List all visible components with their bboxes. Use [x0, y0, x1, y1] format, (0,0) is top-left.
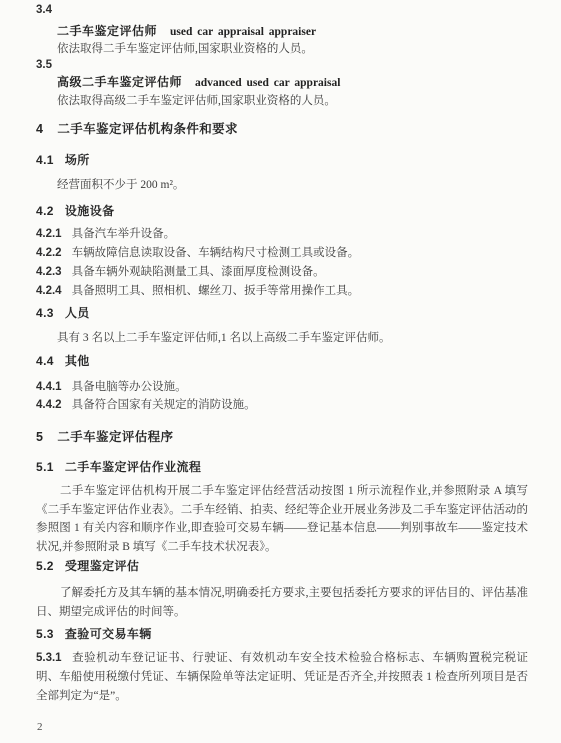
list-item-4-2-3: 4.2.3具备车辆外观缺陷测量工具、漆面厚度检测设备。: [36, 265, 528, 280]
chapter-number: 4: [36, 122, 43, 136]
section-number: 5.3: [36, 627, 54, 641]
section-4-3-heading: 4.3人员: [36, 306, 528, 321]
chapter-number: 5: [36, 430, 43, 444]
item-number: 4.4.2: [36, 399, 62, 411]
chapter-4-heading: 4二手车鉴定评估机构条件和要求: [36, 122, 528, 137]
section-5-2-heading: 5.2受理鉴定评估: [36, 559, 528, 574]
item-text: 具备汽车举升设备。: [72, 228, 176, 240]
section-4-1-body: 经营面积不少于 200 m²。: [36, 178, 528, 193]
document-page: 3.4 二手车鉴定评估师used car appraisal appraiser…: [0, 0, 561, 743]
chapter-5-heading: 5二手车鉴定评估程序: [36, 430, 528, 445]
list-item-4-4-2: 4.4.2具备符合国家有关规定的消防设施。: [36, 398, 528, 413]
item-number: 4.2.2: [36, 247, 62, 259]
section-title: 二手车鉴定评估作业流程: [65, 460, 201, 474]
list-item-4-2-1: 4.2.1具备汽车举升设备。: [36, 227, 528, 242]
term-definition-3-5: 依法取得高级二手车鉴定评估师,国家职业资格的人员。: [36, 94, 528, 109]
section-4-1-heading: 4.1场所: [36, 153, 528, 168]
term-zh: 高级二手车鉴定评估师: [57, 75, 182, 89]
list-item-4-4-1: 4.4.1具备电脑等办公设施。: [36, 380, 528, 395]
item-text: 具备车辆外观缺陷测量工具、漆面厚度检测设备。: [72, 266, 325, 278]
section-4-2-heading: 4.2设施设备: [36, 204, 528, 219]
item-text: 车辆故障信息读取设备、车辆结构尺寸检测工具或设备。: [72, 247, 360, 259]
term-zh: 二手车鉴定评估师: [57, 24, 157, 38]
item-number: 4.2.3: [36, 266, 62, 278]
list-item-4-2-2: 4.2.2车辆故障信息读取设备、车辆结构尺寸检测工具或设备。: [36, 246, 528, 261]
section-number: 4.4: [36, 354, 54, 368]
term-heading-3-5: 高级二手车鉴定评估师advanced used car appraisal: [36, 75, 528, 91]
section-number: 4.3: [36, 306, 54, 320]
item-text: 具备电脑等办公设施。: [72, 381, 187, 393]
section-5-1-heading: 5.1二手车鉴定评估作业流程: [36, 460, 528, 475]
section-title: 受理鉴定评估: [65, 559, 139, 573]
section-5-2-paragraph: 了解委托方及其车辆的基本情况,明确委托方要求,主要包括委托方要求的评估目的、评估…: [36, 584, 528, 621]
list-item-4-2-4: 4.2.4具备照明工具、照相机、螺丝刀、扳手等常用操作工具。: [36, 284, 528, 299]
clause-number-3-5: 3.5: [36, 58, 528, 73]
section-number: 4.1: [36, 153, 54, 167]
section-title: 设施设备: [65, 204, 115, 218]
chapter-title: 二手车鉴定评估机构条件和要求: [57, 122, 238, 136]
section-title: 场所: [65, 153, 90, 167]
term-en: used car appraisal appraiser: [170, 26, 316, 38]
page-number: 2: [37, 721, 43, 733]
item-number: 5.3.1: [36, 652, 62, 664]
item-text: 查验机动车登记证书、行驶证、有效机动车安全技术检验合格标志、车辆购置税完税证明、…: [36, 652, 528, 702]
item-number: 4.2.4: [36, 285, 62, 297]
term-heading-3-4: 二手车鉴定评估师used car appraisal appraiser: [36, 24, 528, 40]
term-en: advanced used car appraisal: [195, 77, 340, 89]
clause-number-3-4: 3.4: [36, 3, 528, 18]
section-5-1-paragraph: 二手车鉴定评估机构开展二手车鉴定评估经营活动按图 1 所示流程作业,并参照附录 …: [36, 482, 528, 557]
section-4-4-heading: 4.4其他: [36, 354, 528, 369]
chapter-title: 二手车鉴定评估程序: [57, 430, 173, 444]
section-title: 查验可交易车辆: [65, 627, 152, 641]
term-definition-3-4: 依法取得二手车鉴定评估师,国家职业资格的人员。: [36, 42, 528, 57]
section-4-3-body: 具有 3 名以上二手车鉴定评估师,1 名以上高级二手车鉴定评估师。: [36, 331, 528, 346]
section-5-3-heading: 5.3查验可交易车辆: [36, 627, 528, 642]
item-text: 具备符合国家有关规定的消防设施。: [72, 399, 256, 411]
list-item-5-3-1: 5.3.1查验机动车登记证书、行驶证、有效机动车安全技术检验合格标志、车辆购置税…: [36, 649, 528, 707]
item-number: 4.2.1: [36, 228, 62, 240]
section-title: 其他: [65, 354, 90, 368]
section-number: 5.1: [36, 460, 54, 474]
item-text: 具备照明工具、照相机、螺丝刀、扳手等常用操作工具。: [72, 285, 360, 297]
item-number: 4.4.1: [36, 381, 62, 393]
section-number: 4.2: [36, 204, 54, 218]
section-title: 人员: [65, 306, 90, 320]
section-number: 5.2: [36, 559, 54, 573]
